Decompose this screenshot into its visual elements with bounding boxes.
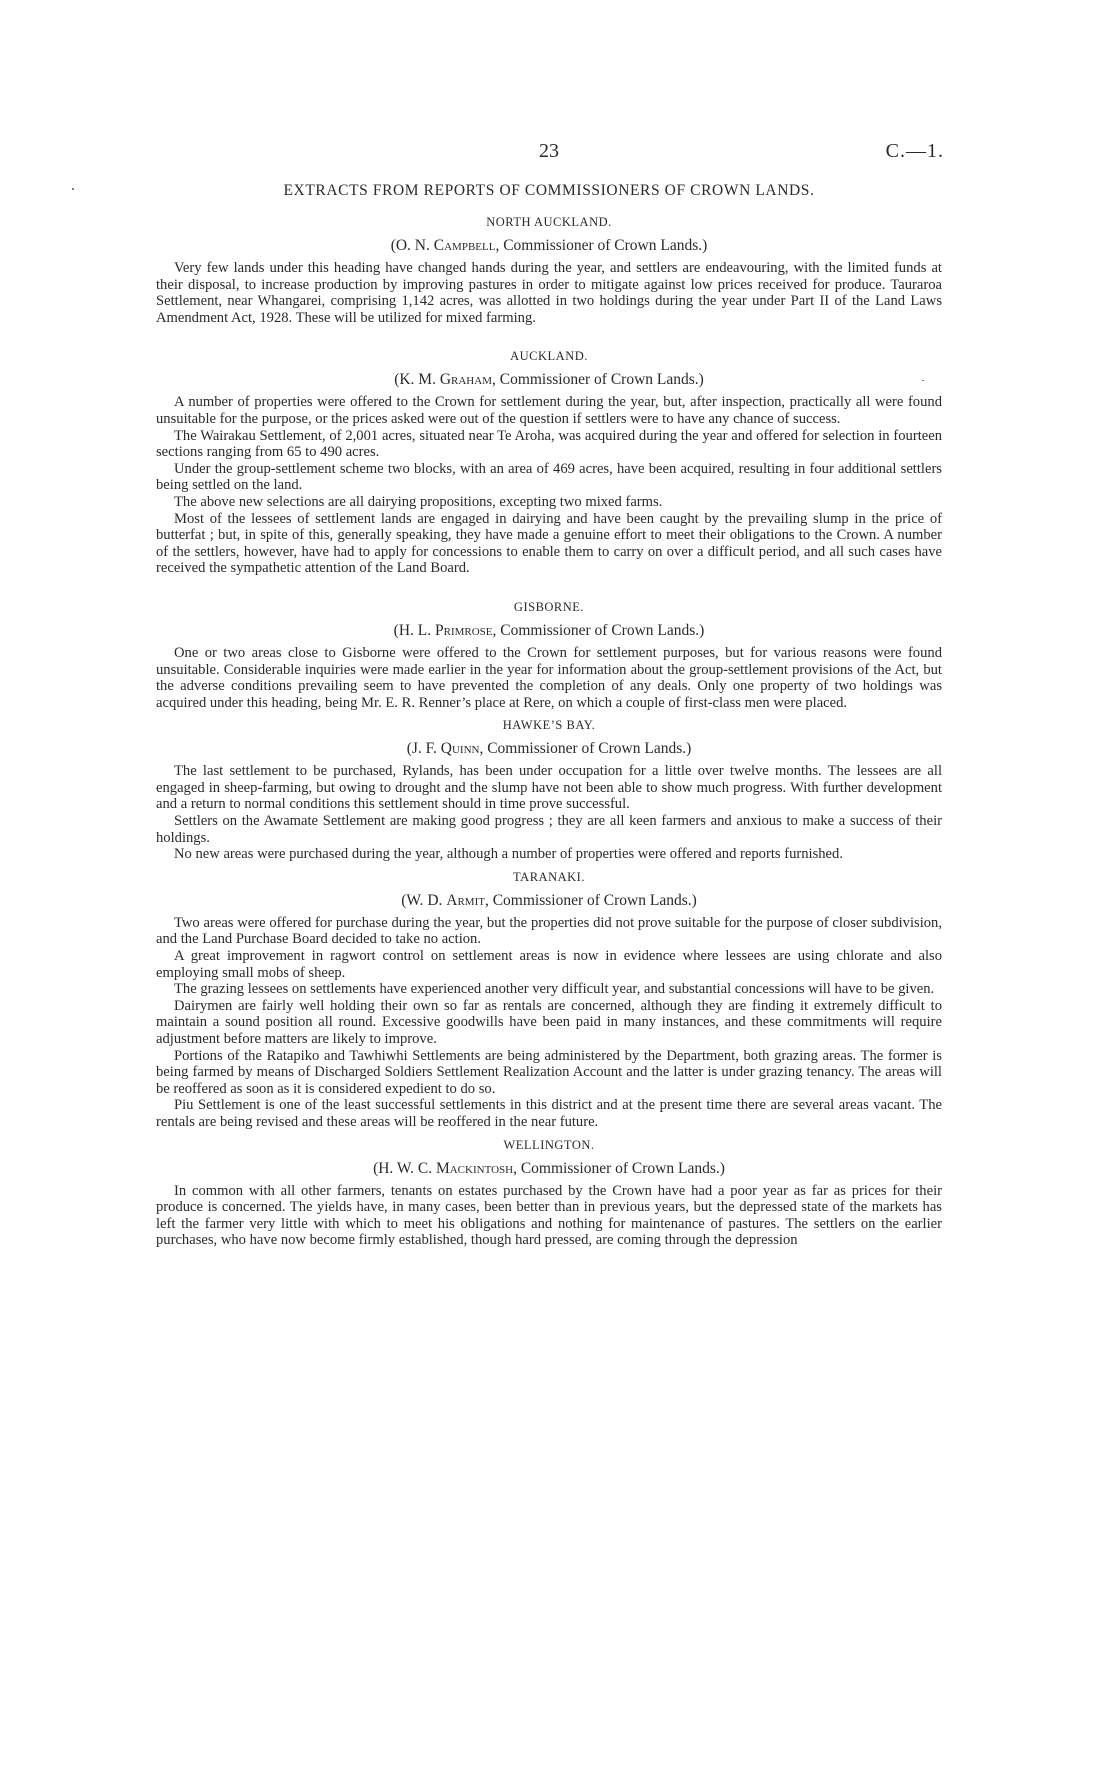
paragraph: Settlers on the Awamate Settlement are m…	[156, 813, 942, 846]
region-heading: HAWKE’S BAY.	[156, 717, 942, 733]
commissioner-line: (J. F. Quinn, Commissioner of Crown Land…	[156, 739, 942, 758]
scan-artifact	[72, 188, 74, 190]
commissioner-initials: (J. F.	[407, 740, 441, 757]
paragraph: Dairymen are fairly well holding their o…	[156, 998, 942, 1048]
region-heading: GISBORNE.	[156, 599, 942, 615]
commissioner-initials: (O. N.	[391, 237, 434, 254]
commissioner-name: Primrose	[435, 622, 493, 639]
region-heading: TARANAKI.	[156, 869, 942, 885]
commissioner-title: , Commissioner of Crown Lands.)	[485, 892, 697, 909]
commissioner-name: Mackintosh	[436, 1160, 513, 1177]
document-page: 23 C.—1. EXTRACTS FROM REPORTS OF COMMIS…	[156, 140, 942, 1249]
region-heading: AUCKLAND.	[156, 348, 942, 364]
commissioner-title: , Commissioner of Crown Lands.)	[492, 371, 704, 388]
paragraph: A number of properties were offered to t…	[156, 394, 942, 427]
paragraph: The grazing lessees on settlements have …	[156, 981, 942, 998]
commissioner-name: Campbell	[434, 237, 496, 254]
region-heading: WELLINGTON.	[156, 1137, 942, 1153]
section-taranaki: TARANAKI. (W. D. Armit, Commissioner of …	[156, 869, 942, 1131]
paragraph: Very few lands under this heading have c…	[156, 260, 942, 326]
commissioner-initials: (H. L.	[394, 622, 435, 639]
paragraph: Piu Settlement is one of the least succe…	[156, 1097, 942, 1130]
commissioner-name: Quinn	[441, 740, 480, 757]
section-hawkes-bay: HAWKE’S BAY. (J. F. Quinn, Commissioner …	[156, 717, 942, 863]
commissioner-initials: (W. D.	[401, 892, 446, 909]
commissioner-name: Armit	[446, 892, 485, 909]
commissioner-title: , Commissioner of Crown Lands.)	[513, 1160, 725, 1177]
region-heading: NORTH AUCKLAND.	[156, 214, 942, 230]
paragraph: The above new selections are all dairyin…	[156, 494, 942, 511]
commissioner-title: , Commissioner of Crown Lands.)	[495, 237, 707, 254]
paragraph: Two areas were offered for purchase duri…	[156, 915, 942, 948]
paragraph: The Wairakau Settlement, of 2,001 acres,…	[156, 428, 942, 461]
paragraph: A great improvement in ragwort control o…	[156, 948, 942, 981]
paragraph: In common with all other farmers, tenant…	[156, 1183, 942, 1249]
paragraph: Under the group-settlement scheme two bl…	[156, 461, 942, 494]
page-title: EXTRACTS FROM REPORTS OF COMMISSIONERS O…	[156, 182, 942, 200]
commissioner-line: (K. M. Graham, Commissioner of Crown Lan…	[156, 370, 942, 389]
section-gisborne: GISBORNE. (H. L. Primrose, Commissioner …	[156, 599, 942, 711]
section-north-auckland: NORTH AUCKLAND. (O. N. Campbell, Commiss…	[156, 214, 942, 326]
commissioner-title: , Commissioner of Crown Lands.)	[493, 622, 705, 639]
commissioner-line: (H. L. Primrose, Commissioner of Crown L…	[156, 621, 942, 640]
commissioner-line: (H. W. C. Mackintosh, Commissioner of Cr…	[156, 1159, 942, 1178]
section-wellington: WELLINGTON. (H. W. C. Mackintosh, Commis…	[156, 1137, 942, 1249]
paragraph: Portions of the Ratapiko and Tawhiwhi Se…	[156, 1048, 942, 1098]
paragraph: The last settlement to be purchased, Ryl…	[156, 763, 942, 813]
commissioner-line: (W. D. Armit, Commissioner of Crown Land…	[156, 891, 942, 910]
document-reference: C.—1.	[886, 140, 944, 163]
commissioner-title: , Commissioner of Crown Lands.)	[479, 740, 691, 757]
paragraph: Most of the lessees of settlement lands …	[156, 511, 942, 577]
commissioner-initials: (H. W. C.	[373, 1160, 436, 1177]
commissioner-name: Graham	[440, 371, 492, 388]
section-auckland: AUCKLAND. (K. M. Graham, Commissioner of…	[156, 348, 942, 577]
commissioner-line: (O. N. Campbell, Commissioner of Crown L…	[156, 236, 942, 255]
commissioner-initials: (K. M.	[394, 371, 440, 388]
paragraph: One or two areas close to Gisborne were …	[156, 645, 942, 711]
page-header: 23 C.—1.	[156, 140, 942, 166]
paragraph: No new areas were purchased during the y…	[156, 846, 942, 863]
page-number: 23	[156, 140, 942, 163]
